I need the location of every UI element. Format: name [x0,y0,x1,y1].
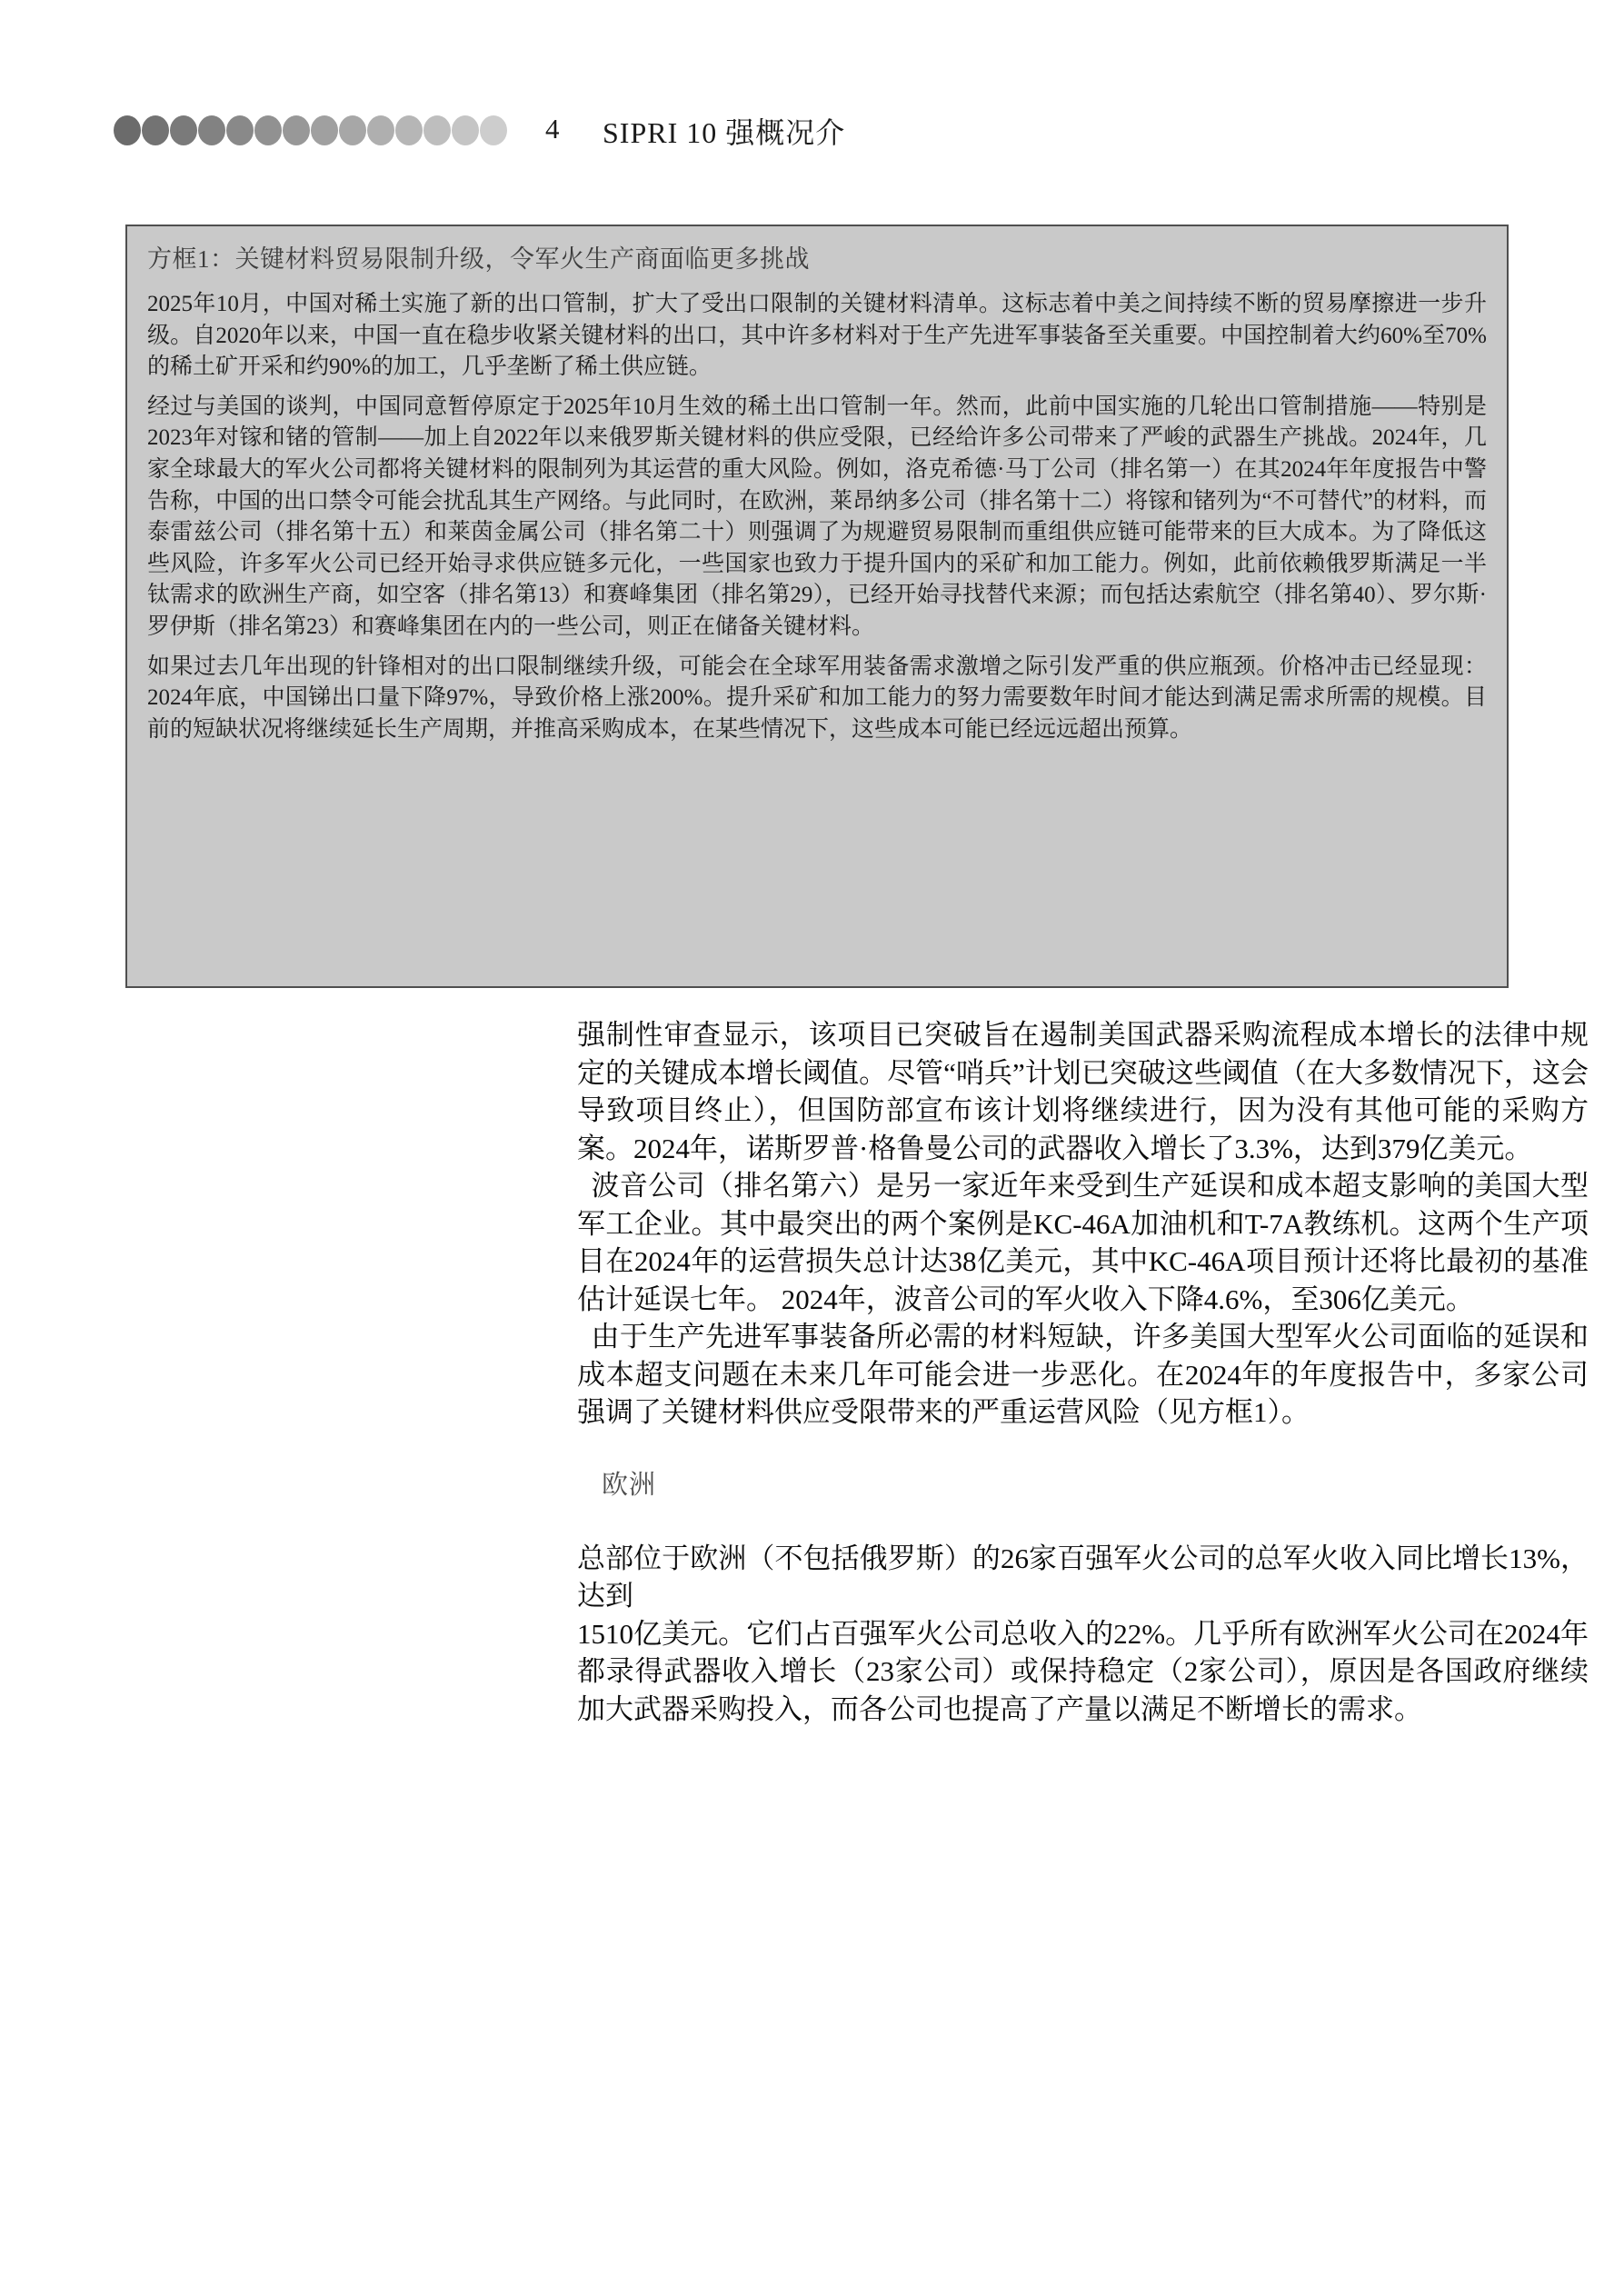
header-dot [395,115,423,145]
europe-paragraph: 总部位于欧洲（不包括俄罗斯）的26家百强军火公司的总军火收入同比增长13%，达到… [577,1540,1589,1729]
article-column: 强制性审查显示，该项目已突破旨在遏制美国武器采购流程成本增长的法律中规定的关键成… [577,1016,1589,1728]
header-dot [170,115,197,145]
box1-paragraph: 2025年10月，中国对稀土实施了新的出口管制，扩大了受出口限制的关键材料清单。… [147,289,1487,384]
page-number: 4 [545,113,560,145]
header-dot [423,115,451,145]
article-paragraph: 波音公司（排名第六）是另一家近年来受到生产延误和成本超支影响的美国大型军工企业。… [577,1167,1589,1318]
header-title: SIPRI 10 强概况介 [603,110,845,152]
header-dots [114,115,508,145]
article-paragraph: 强制性审查显示，该项目已突破旨在遏制美国武器采购流程成本增长的法律中规定的关键成… [577,1016,1589,1167]
header-dot [114,115,141,145]
section-heading-europe: 欧洲 [577,1464,1589,1502]
header-dot [283,115,310,145]
header-dot [311,115,338,145]
header-dot [367,115,394,145]
box1: 方框1：关键材料贸易限制升级，令军火生产商面临更多挑战 2025年10月，中国对… [125,225,1509,988]
header-dot [254,115,282,145]
box1-title: 方框1：关键材料贸易限制升级，令军火生产商面临更多挑战 [147,239,1487,275]
document-page: 4 SIPRI 10 强概况介 方框1：关键材料贸易限制升级，令军火生产商面临更… [0,0,1624,2296]
box1-paragraph: 如果过去几年出现的针锋相对的出口限制继续升级，可能会在全球军用装备需求激增之际引… [147,652,1487,746]
header-dot [142,115,169,145]
header-dot [198,115,225,145]
header-dot [226,115,254,145]
header-dot [339,115,366,145]
box1-paragraph: 经过与美国的谈判，中国同意暂停原定于2025年10月生效的稀土出口管制一年。然而… [147,392,1487,644]
header-dot [480,115,507,145]
header-dot [452,115,479,145]
article-paragraph: 由于生产先进军事装备所必需的材料短缺，许多美国大型军火公司面临的延误和成本超支问… [577,1318,1589,1432]
